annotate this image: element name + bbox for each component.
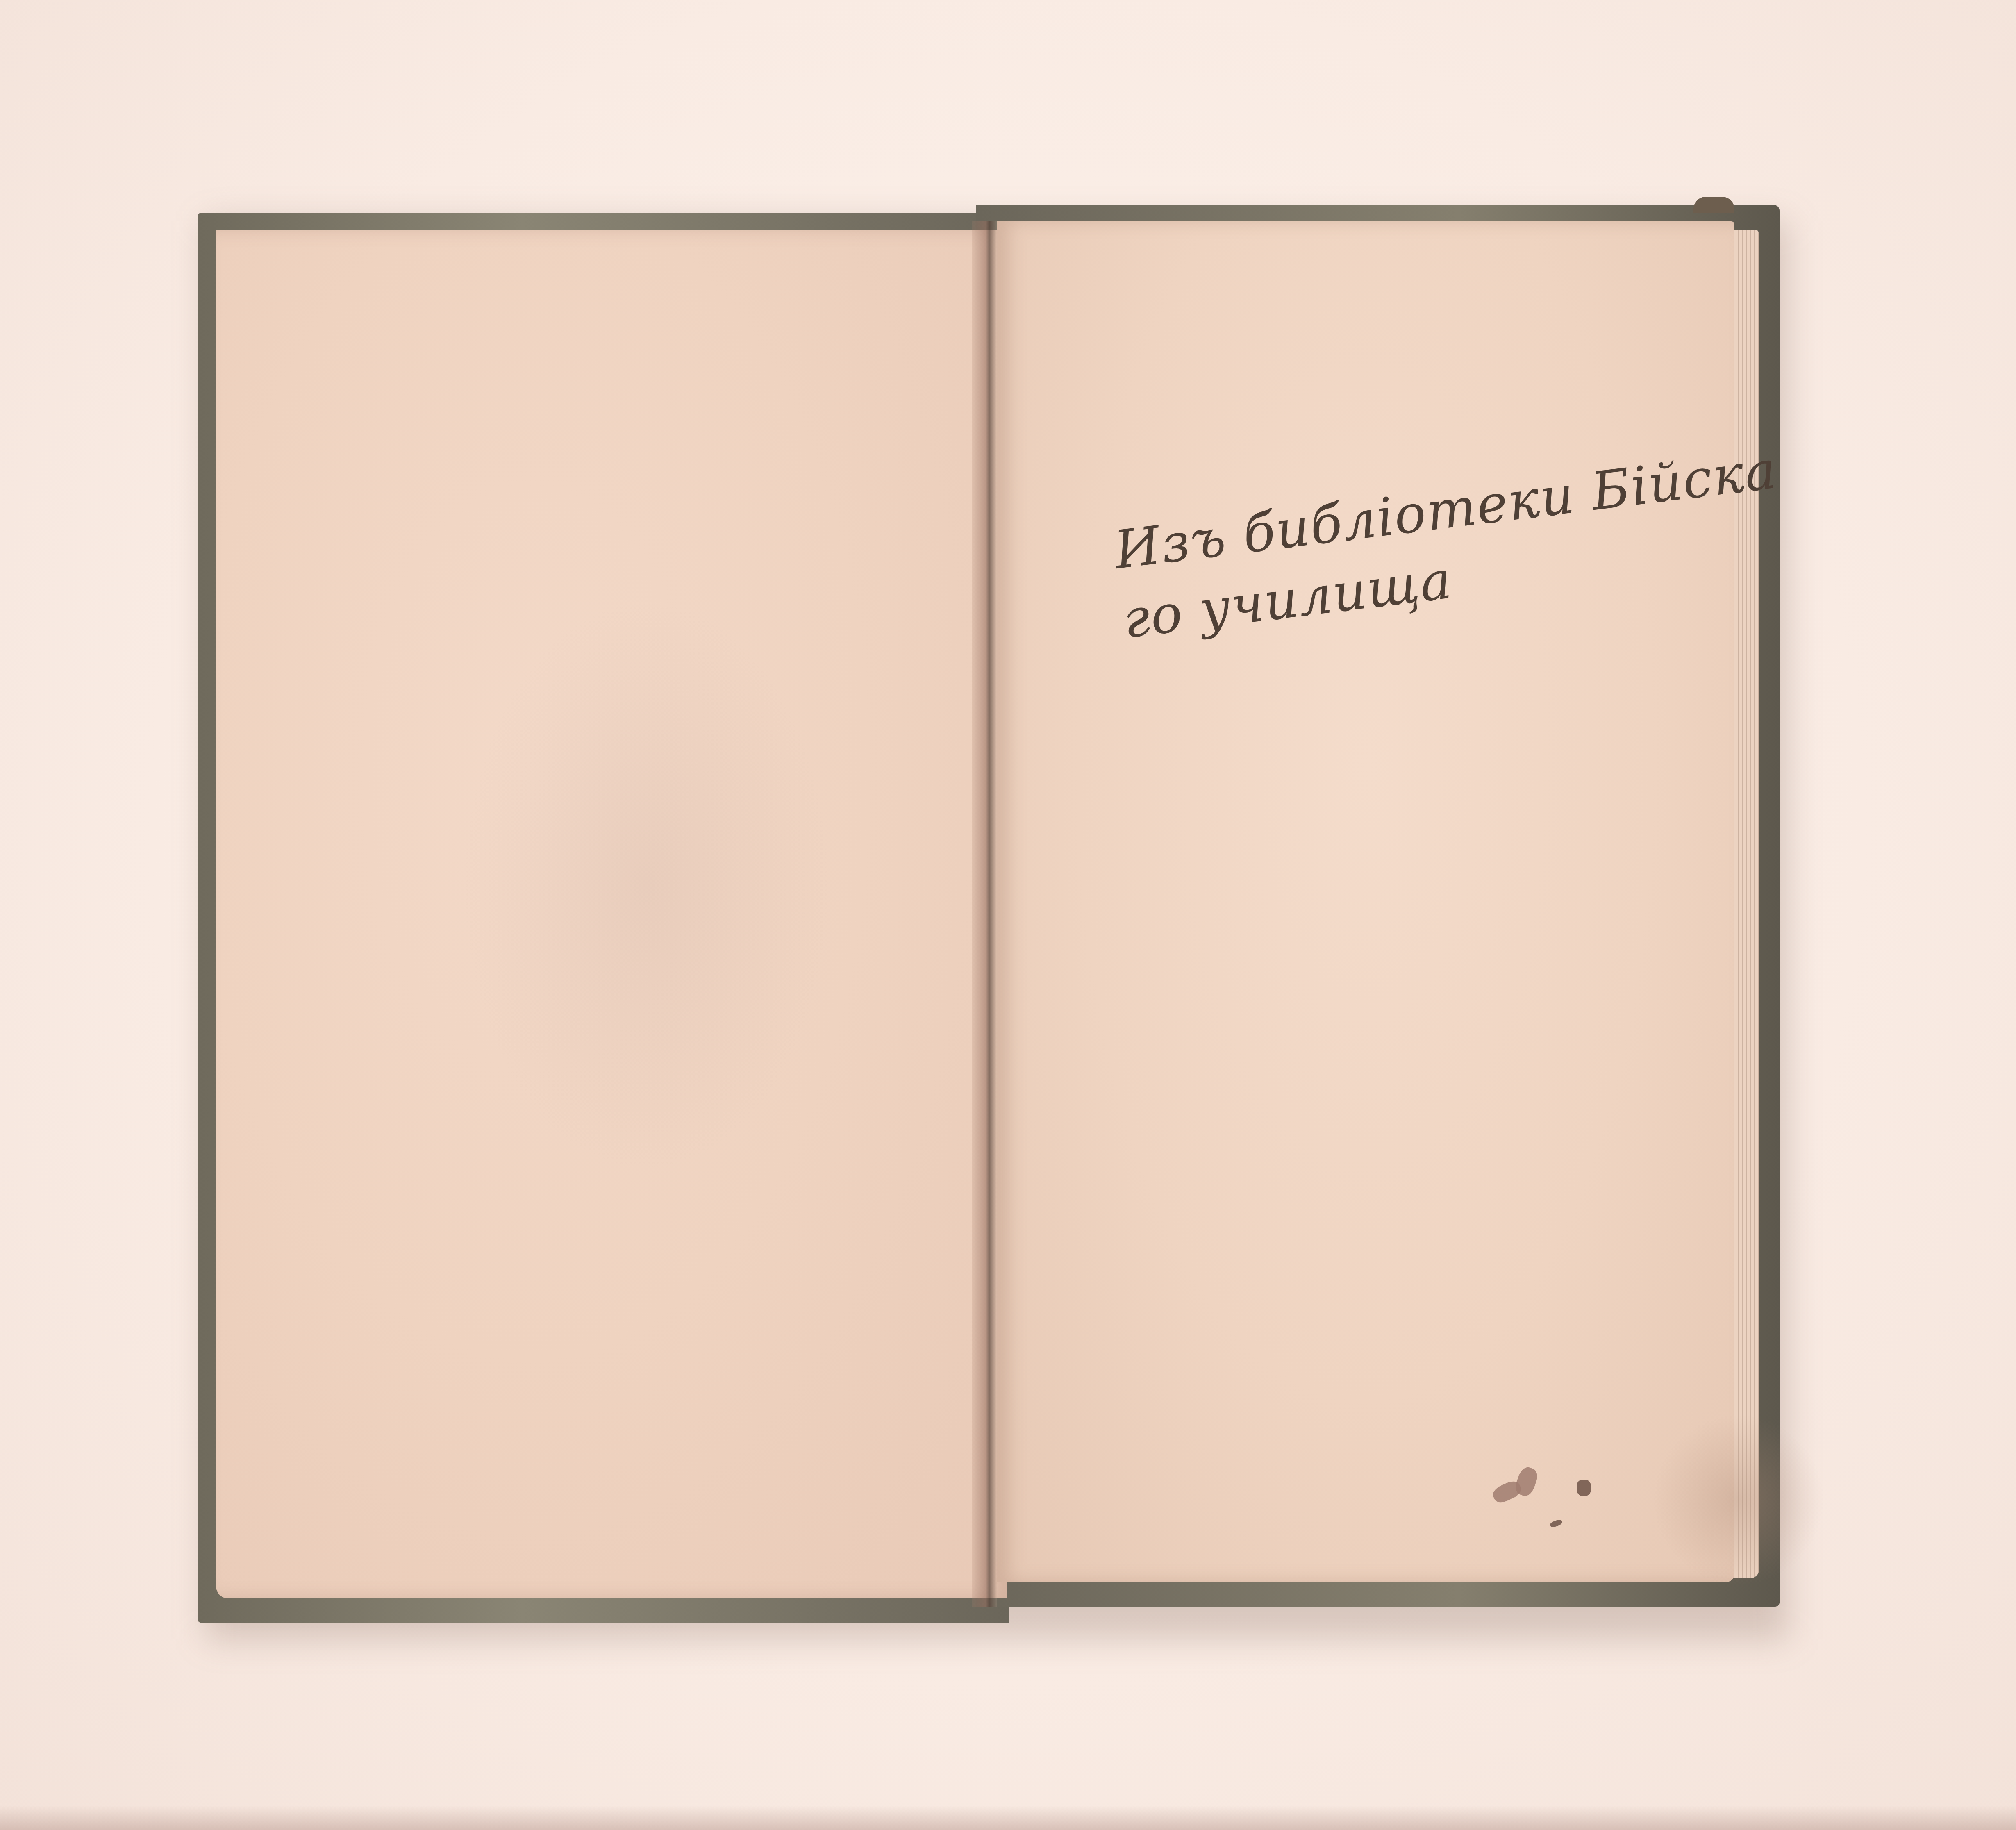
open-book: [198, 205, 1780, 1623]
right-page: [997, 221, 1734, 1582]
cover-torn-edge: [1693, 197, 1734, 213]
page-edges: [1734, 230, 1759, 1578]
paper-foxing: [462, 598, 831, 1172]
corner-stain: [1652, 1414, 1825, 1586]
book-gutter: [972, 221, 997, 1607]
ink-stain: [1577, 1480, 1591, 1496]
backdrop-shadow: [0, 1805, 2016, 1830]
left-page: [216, 230, 1007, 1598]
